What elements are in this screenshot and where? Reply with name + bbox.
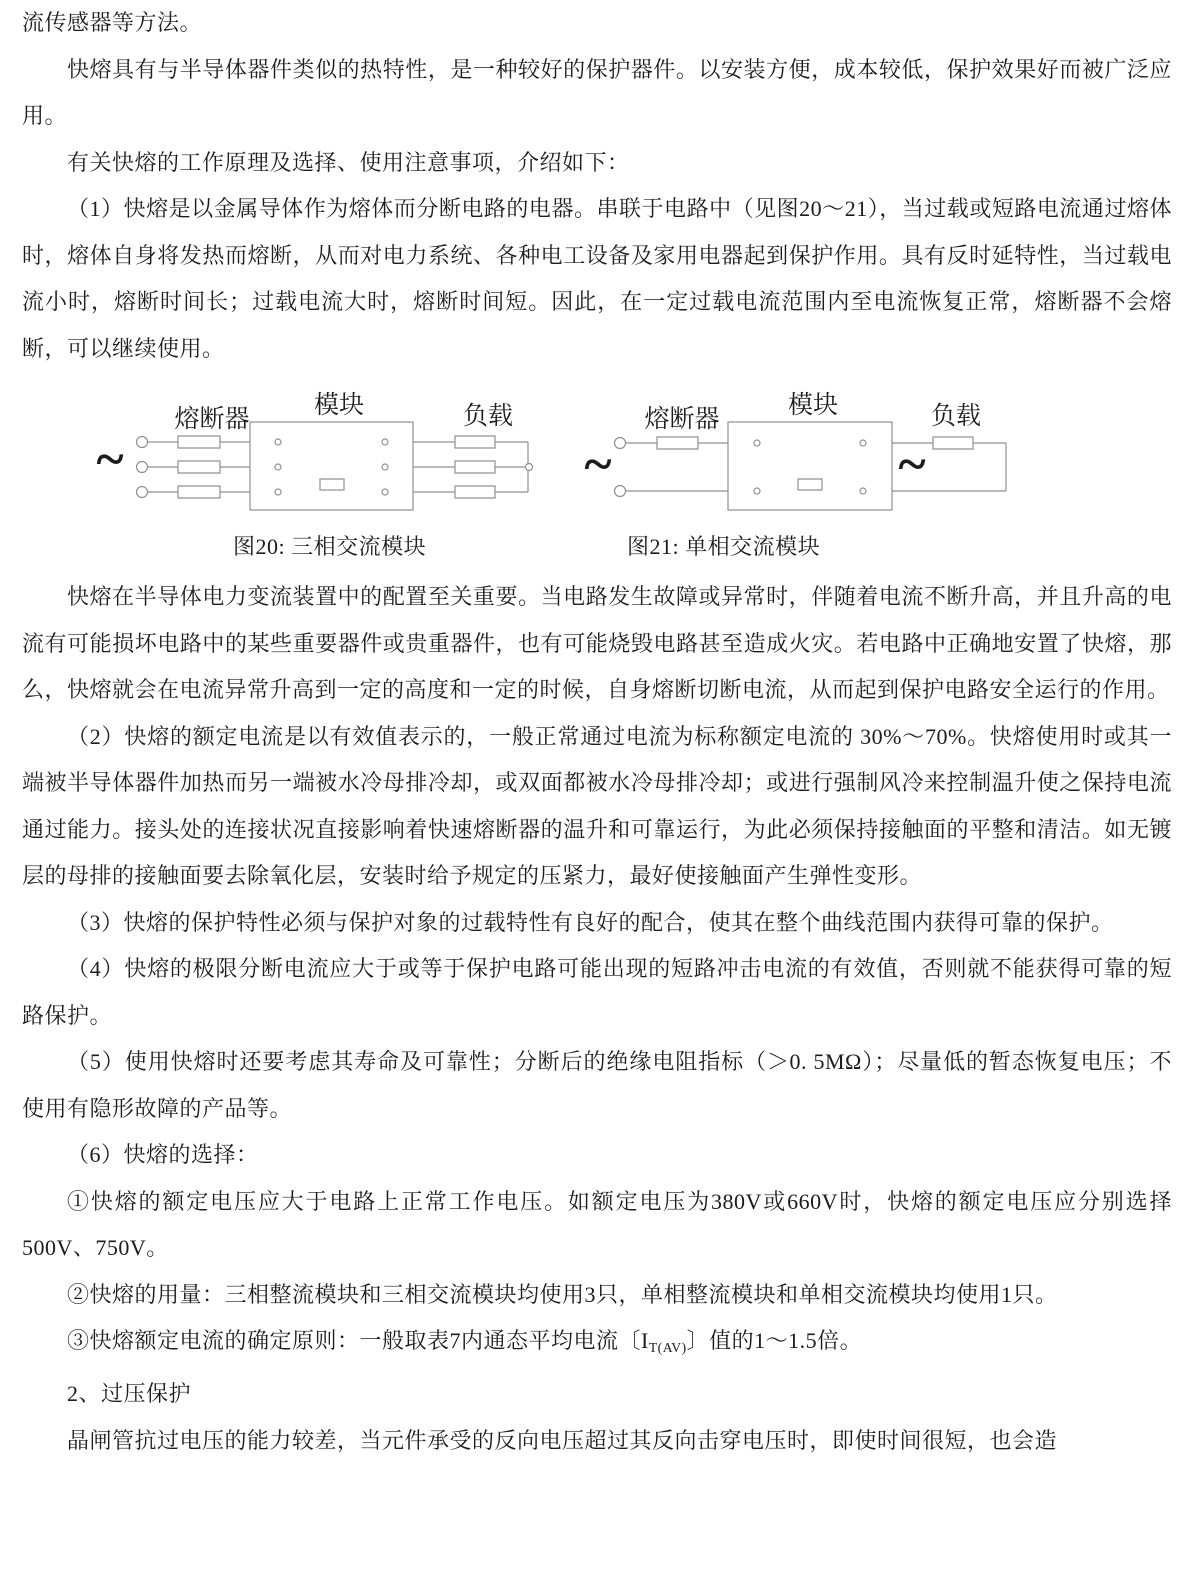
- paragraph: 晶闸管抗过电压的能力较差，当元件承受的反向电压超过其反向击穿电压时，即使时间很短…: [0, 1418, 1200, 1465]
- circuit-diagrams-svg: ~ 熔断器 模块 负载: [0, 372, 1200, 522]
- document-page: 流传感器等方法。 快熔具有与半导体器件类似的热特性，是一种较好的保护器件。以安装…: [0, 0, 1200, 1464]
- ac-source-symbol: ~: [584, 436, 611, 493]
- module-pin: [754, 488, 760, 494]
- module-label: 模块: [314, 391, 364, 419]
- module-label: 模块: [788, 391, 838, 419]
- paragraph: 快熔在半导体电力变流装置中的配置至关重要。当电路发生故障或异常时，伴随着电流不断…: [0, 574, 1200, 714]
- paragraph: （6）快熔的选择：: [0, 1132, 1200, 1179]
- itav-prefix: ③快熔额定电流的确定原则：一般取表7内通态平均电流〔I: [67, 1328, 649, 1353]
- paragraph: ①快熔的额定电压应大于电路上正常工作电压。如额定电压为380V或660V时，快熔…: [0, 1179, 1200, 1272]
- terminal-circle: [615, 438, 626, 449]
- terminal-circle: [137, 437, 148, 448]
- figure21-caption: 图21: 单相交流模块: [627, 530, 820, 561]
- fuse-symbol: [178, 436, 220, 448]
- module-pin: [382, 439, 388, 445]
- circuit-figures: ~ 熔断器 模块 负载: [0, 372, 1200, 574]
- fuse-label: 熔断器: [644, 405, 719, 433]
- load-resistor: [933, 437, 973, 449]
- ac-load-symbol: ~: [898, 436, 925, 493]
- paragraph: 流传感器等方法。: [0, 0, 1200, 47]
- figure-21-single-phase: ~ 熔断器 模块 负载: [584, 391, 1006, 510]
- section-heading: 2、过压保护: [0, 1371, 1200, 1418]
- paragraph: 快熔具有与半导体器件类似的热特性，是一种较好的保护器件。以安装方便，成本较低，保…: [0, 47, 1200, 140]
- module-box: [250, 422, 413, 510]
- paragraph: （2）快熔的额定电流是以有效值表示的，一般正常通过电流为标称额定电流的 30%～…: [0, 714, 1200, 900]
- module-box: [728, 422, 892, 510]
- paragraph: （1）快熔是以金属导体作为熔体而分断电路的电器。串联于电路中（见图20～21），…: [0, 186, 1200, 372]
- module-inner-block: [798, 479, 822, 490]
- itav-suffix: 〕值的1～1.5倍。: [687, 1328, 863, 1353]
- module-pin: [860, 488, 866, 494]
- paragraph: （3）快熔的保护特性必须与保护对象的过载特性有良好的配合，使其在整个曲线范围内获…: [0, 900, 1200, 947]
- module-inner-block: [320, 479, 344, 490]
- terminal-circle: [615, 486, 626, 497]
- figure-20-three-phase: ~ 熔断器 模块 负载: [96, 391, 532, 510]
- module-pin: [275, 489, 281, 495]
- paragraph-itav: ③快熔额定电流的确定原则：一般取表7内通态平均电流〔IT(AV)〕值的1～1.5…: [0, 1318, 1200, 1371]
- load-resistor: [455, 436, 495, 448]
- figure20-caption: 图20: 三相交流模块: [233, 530, 426, 561]
- neutral-terminal: [526, 464, 533, 471]
- module-pin: [860, 440, 866, 446]
- load-resistor: [455, 486, 495, 498]
- module-pin: [382, 489, 388, 495]
- module-pin: [275, 439, 281, 445]
- wires: [626, 443, 1006, 491]
- module-pin: [275, 464, 281, 470]
- fuse-label: 熔断器: [174, 405, 249, 433]
- load-resistor: [455, 461, 495, 473]
- figure-captions: 图20: 三相交流模块 图21: 单相交流模块: [0, 522, 1200, 574]
- fuse-symbol: [178, 486, 220, 498]
- terminal-circle: [137, 487, 148, 498]
- itav-subscript: T(AV): [649, 1340, 687, 1355]
- terminal-circle: [137, 462, 148, 473]
- fuse-symbol: [657, 437, 698, 449]
- wires: [148, 442, 528, 492]
- fuse-symbol: [178, 461, 220, 473]
- load-label: 负载: [931, 402, 981, 430]
- paragraph: （4）快熔的极限分断电流应大于或等于保护电路可能出现的短路冲击电流的有效值，否则…: [0, 946, 1200, 1039]
- paragraph: ②快熔的用量：三相整流模块和三相交流模块均使用3只，单相整流模块和单相交流模块均…: [0, 1272, 1200, 1319]
- paragraph: 有关快熔的工作原理及选择、使用注意事项，介绍如下：: [0, 140, 1200, 187]
- ac-source-symbol: ~: [96, 431, 123, 488]
- paragraph: （5）使用快熔时还要考虑其寿命及可靠性；分断后的绝缘电阻指标（＞0. 5MΩ）；…: [0, 1039, 1200, 1132]
- module-pin: [382, 464, 388, 470]
- module-pin: [754, 440, 760, 446]
- load-label: 负载: [463, 402, 513, 430]
